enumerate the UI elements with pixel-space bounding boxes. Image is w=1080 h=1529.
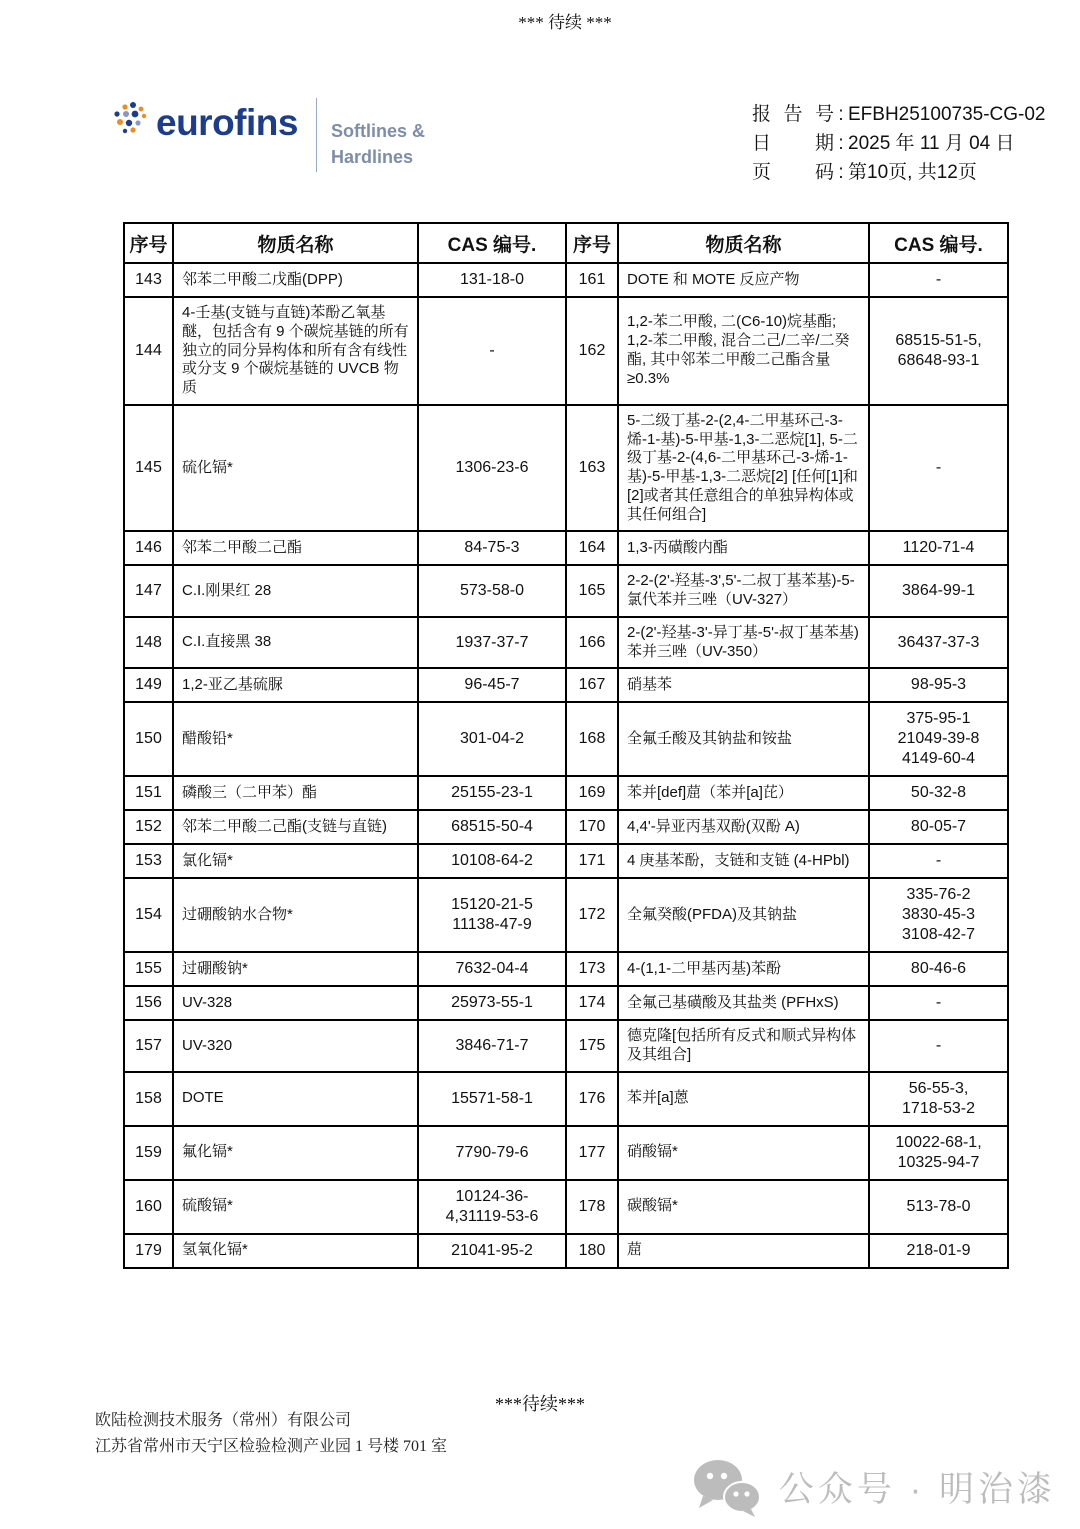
substance-name-cell: 邻苯二甲酸二己酯(支链与直链) — [173, 810, 418, 844]
serial-cell: 173 — [566, 952, 618, 986]
cas-number-cell: 7632-04-4 — [418, 952, 566, 986]
division-name: Softlines & Hardlines — [331, 118, 425, 170]
cas-number-cell: 3846-71-7 — [418, 1020, 566, 1072]
table-row: 153 氯化镉* 10108-64-2 171 4 庚基苯酚，支链和支链 (4-… — [124, 844, 1008, 878]
cas-number-cell: 131-18-0 — [418, 263, 566, 297]
table-row: 148 C.I.直接黑 38 1937-37-7 166 2-(2'-羟基-3'… — [124, 617, 1008, 669]
cas-number-cell: 10022-68-1, 10325-94-7 — [869, 1126, 1008, 1180]
cas-number-cell: 96-45-7 — [418, 668, 566, 702]
serial-cell: 161 — [566, 263, 618, 297]
table-row: 152 邻苯二甲酸二己酯(支链与直链) 68515-50-4 170 4,4'-… — [124, 810, 1008, 844]
substance-name-cell: 氟化镉* — [173, 1126, 418, 1180]
meta-colon: : — [834, 100, 848, 129]
table-row: 159 氟化镉* 7790-79-6 177 硝酸镉* 10022-68-1, … — [124, 1126, 1008, 1180]
wechat-icon — [691, 1456, 763, 1518]
report-date-value: 2025 年 11 月 04 日 — [848, 129, 1046, 158]
header-serial-right: 序号 — [566, 223, 618, 263]
cas-number-cell: - — [869, 405, 1008, 532]
substance-name-cell: 2-2-(2'-羟基-3',5'-二叔丁基苯基)-5-氯代苯并三唑（UV-327… — [618, 565, 869, 617]
cas-number-cell: 375-95-1 21049-39-8 4149-60-4 — [869, 702, 1008, 776]
substance-name-cell: UV-328 — [173, 986, 418, 1020]
cas-number-cell: 36437-37-3 — [869, 617, 1008, 669]
substance-name-cell: 苯并[a]蒽 — [618, 1072, 869, 1126]
serial-cell: 165 — [566, 565, 618, 617]
serial-cell: 146 — [124, 531, 173, 565]
substance-name-cell: 硫化镉* — [173, 405, 418, 532]
substance-name-cell: 5-二级丁基-2-(2,4-二甲基环己-3-烯-1-基)-5-甲基-1,3-二恶… — [618, 405, 869, 532]
header-serial-left: 序号 — [124, 223, 173, 263]
substance-name-cell: 碳酸镉* — [618, 1180, 869, 1234]
serial-cell: 179 — [124, 1234, 173, 1268]
substance-name-cell: 全氟壬酸及其钠盐和铵盐 — [618, 702, 869, 776]
serial-cell: 177 — [566, 1126, 618, 1180]
serial-cell: 149 — [124, 668, 173, 702]
table-row: 151 磷酸三（二甲苯）酯 25155-23-1 169 苯并[def]䓛（苯并… — [124, 776, 1008, 810]
serial-cell: 180 — [566, 1234, 618, 1268]
cas-number-cell: 1120-71-4 — [869, 531, 1008, 565]
cas-number-cell: 84-75-3 — [418, 531, 566, 565]
cas-number-cell: 15571-58-1 — [418, 1072, 566, 1126]
cas-number-cell: 573-58-0 — [418, 565, 566, 617]
serial-cell: 145 — [124, 405, 173, 532]
cas-number-cell: 80-05-7 — [869, 810, 1008, 844]
serial-cell: 151 — [124, 776, 173, 810]
continuation-note-1: *** 待续 *** — [123, 8, 1007, 33]
substance-name-cell: 苯并[def]䓛（苯并[a]芘） — [618, 776, 869, 810]
cas-number-cell: - — [869, 844, 1008, 878]
report-page: { "colon": ":", "logo": { "brand": "euro… — [0, 0, 1080, 1529]
cas-number-cell: 25155-23-1 — [418, 776, 566, 810]
report-date-row: 日期 : 2025 年 11 月 04 日 — [752, 129, 1046, 158]
cas-number-cell: 1937-37-7 — [418, 617, 566, 669]
substance-name-cell: 硝酸镉* — [618, 1126, 869, 1180]
report-meta: 报告号 : EFBH25100735-CG-02 日期 : 2025 年 11 … — [752, 100, 1046, 187]
substance-name-cell: C.I.直接黑 38 — [173, 617, 418, 669]
cas-number-cell: 15120-21-5 11138-47-9 — [418, 878, 566, 952]
substance-name-cell: DOTE — [173, 1072, 418, 1126]
substance-name-cell: 全氟己基磺酸及其盐类 (PFHxS) — [618, 986, 869, 1020]
table-row: 179 氢氧化镉* 21041-95-2 180 䓛 218-01-9 — [124, 1234, 1008, 1268]
header-cas-right: CAS 编号. — [869, 223, 1008, 263]
logo-divider — [316, 98, 317, 172]
table-header-row: 序号 物质名称 CAS 编号. 序号 物质名称 CAS 编号. — [124, 223, 1008, 263]
cas-number-cell: 80-46-6 — [869, 952, 1008, 986]
company-name: 欧陆检测技术服务（常州）有限公司 — [95, 1408, 447, 1434]
substance-name-cell: 氢氧化镉* — [173, 1234, 418, 1268]
cas-number-cell: - — [869, 986, 1008, 1020]
table-row: 160 硫酸镉* 10124-36- 4,31119-53-6 178 碳酸镉*… — [124, 1180, 1008, 1234]
cas-number-cell: 10108-64-2 — [418, 844, 566, 878]
substance-name-cell: 磷酸三（二甲苯）酯 — [173, 776, 418, 810]
substance-name-cell: 1,3-丙磺酸内酯 — [618, 531, 869, 565]
table-row: 146 邻苯二甲酸二己酯 84-75-3 164 1,3-丙磺酸内酯 1120-… — [124, 531, 1008, 565]
serial-cell: 154 — [124, 878, 173, 952]
serial-cell: 174 — [566, 986, 618, 1020]
table-row: 155 过硼酸钠* 7632-04-4 173 4-(1,1-二甲基丙基)苯酚 … — [124, 952, 1008, 986]
substance-table: 序号 物质名称 CAS 编号. 序号 物质名称 CAS 编号. 143 邻苯二甲… — [123, 222, 1009, 1269]
report-number-label: 报告号 — [752, 100, 834, 129]
report-date-label: 日期 — [752, 129, 834, 158]
cas-number-cell: 10124-36- 4,31119-53-6 — [418, 1180, 566, 1234]
serial-cell: 170 — [566, 810, 618, 844]
substance-name-cell: 邻苯二甲酸二己酯 — [173, 531, 418, 565]
substance-name-cell: 德克隆[包括所有反式和顺式异构体及其组合] — [618, 1020, 869, 1072]
cas-number-cell: 98-95-3 — [869, 668, 1008, 702]
cas-number-cell: 25973-55-1 — [418, 986, 566, 1020]
serial-cell: 168 — [566, 702, 618, 776]
wechat-watermark: 公众号 · 明治漆 — [691, 1456, 1056, 1518]
cas-number-cell: - — [869, 1020, 1008, 1072]
cas-number-cell: 301-04-2 — [418, 702, 566, 776]
substance-name-cell: C.I.刚果红 28 — [173, 565, 418, 617]
substance-name-cell: 4-(1,1-二甲基丙基)苯酚 — [618, 952, 869, 986]
serial-cell: 143 — [124, 263, 173, 297]
cas-number-cell: 3864-99-1 — [869, 565, 1008, 617]
serial-cell: 152 — [124, 810, 173, 844]
serial-cell: 171 — [566, 844, 618, 878]
cas-number-cell: 68515-51-5, 68648-93-1 — [869, 297, 1008, 405]
cas-number-cell: - — [418, 297, 566, 405]
substance-name-cell: 邻苯二甲酸二戊酯(DPP) — [173, 263, 418, 297]
substance-name-cell: DOTE 和 MOTE 反应产物 — [618, 263, 869, 297]
substance-table-wrap: 序号 物质名称 CAS 编号. 序号 物质名称 CAS 编号. 143 邻苯二甲… — [123, 222, 1007, 1269]
serial-cell: 148 — [124, 617, 173, 669]
cas-number-cell: 21041-95-2 — [418, 1234, 566, 1268]
table-row: 144 4-壬基(支链与直链)苯酚乙氧基醚，包括含有 9 个碳烷基链的所有独立的… — [124, 297, 1008, 405]
serial-cell: 164 — [566, 531, 618, 565]
report-number-row: 报告号 : EFBH25100735-CG-02 — [752, 100, 1046, 129]
table-row: 154 过硼酸钠水合物* 15120-21-5 11138-47-9 172 全… — [124, 878, 1008, 952]
table-row: 147 C.I.刚果红 28 573-58-0 165 2-2-(2'-羟基-3… — [124, 565, 1008, 617]
substance-name-cell: 硫酸镉* — [173, 1180, 418, 1234]
serial-cell: 155 — [124, 952, 173, 986]
cas-number-cell: 7790-79-6 — [418, 1126, 566, 1180]
substance-name-cell: 氯化镉* — [173, 844, 418, 878]
serial-cell: 163 — [566, 405, 618, 532]
substance-name-cell: 过硼酸钠水合物* — [173, 878, 418, 952]
substance-name-cell: 4 庚基苯酚，支链和支链 (4-HPbl) — [618, 844, 869, 878]
header-cas-left: CAS 编号. — [418, 223, 566, 263]
report-number-value: EFBH25100735-CG-02 — [848, 100, 1046, 129]
serial-cell: 150 — [124, 702, 173, 776]
serial-cell: 160 — [124, 1180, 173, 1234]
substance-name-cell: 2-(2'-羟基-3'-异丁基-5'-叔丁基苯基)苯并三唑（UV-350） — [618, 617, 869, 669]
serial-cell: 153 — [124, 844, 173, 878]
cas-number-cell: 56-55-3, 1718-53-2 — [869, 1072, 1008, 1126]
serial-cell: 175 — [566, 1020, 618, 1072]
header-substance-left: 物质名称 — [173, 223, 418, 263]
table-row: 156 UV-328 25973-55-1 174 全氟己基磺酸及其盐类 (PF… — [124, 986, 1008, 1020]
cas-number-cell: 1306-23-6 — [418, 405, 566, 532]
table-row: 158 DOTE 15571-58-1 176 苯并[a]蒽 56-55-3, … — [124, 1072, 1008, 1126]
meta-colon: : — [834, 129, 848, 158]
substance-name-cell: 1,2-亚乙基硫脲 — [173, 668, 418, 702]
cas-number-cell: 513-78-0 — [869, 1180, 1008, 1234]
substance-name-cell: 全氟癸酸(PFDA)及其钠盐 — [618, 878, 869, 952]
substance-name-cell: 过硼酸钠* — [173, 952, 418, 986]
report-page-row: 页码 : 第10页, 共12页 — [752, 158, 1046, 187]
header-substance-right: 物质名称 — [618, 223, 869, 263]
cas-number-cell: 50-32-8 — [869, 776, 1008, 810]
table-row: 149 1,2-亚乙基硫脲 96-45-7 167 硝基苯 98-95-3 — [124, 668, 1008, 702]
cas-number-cell: 335-76-2 3830-45-3 3108-42-7 — [869, 878, 1008, 952]
report-page-label: 页码 — [752, 158, 834, 187]
cas-number-cell: 218-01-9 — [869, 1234, 1008, 1268]
serial-cell: 147 — [124, 565, 173, 617]
serial-cell: 167 — [566, 668, 618, 702]
cas-number-cell: - — [869, 263, 1008, 297]
meta-colon: : — [834, 158, 848, 187]
substance-name-cell: 䓛 — [618, 1234, 869, 1268]
company-address: 江苏省常州市天宁区检验检测产业园 1 号楼 701 室 — [95, 1434, 447, 1460]
header-logo: eurofins Softlines & Hardlines — [112, 96, 425, 172]
serial-cell: 157 — [124, 1020, 173, 1072]
table-body: 143 邻苯二甲酸二戊酯(DPP) 131-18-0 161 DOTE 和 MO… — [124, 263, 1008, 1268]
table-row: 157 UV-320 3846-71-7 175 德克隆[包括所有反式和顺式异构… — [124, 1020, 1008, 1072]
serial-cell: 166 — [566, 617, 618, 669]
table-row: 145 硫化镉* 1306-23-6 163 5-二级丁基-2-(2,4-二甲基… — [124, 405, 1008, 532]
substance-name-cell: 1,2-苯二甲酸, 二(C6-10)烷基酯; 1,2-苯二甲酸, 混合二己/二辛… — [618, 297, 869, 405]
watermark-text: 公众号 · 明治漆 — [779, 1462, 1056, 1512]
serial-cell: 162 — [566, 297, 618, 405]
serial-cell: 172 — [566, 878, 618, 952]
serial-cell: 144 — [124, 297, 173, 405]
serial-cell: 158 — [124, 1072, 173, 1126]
serial-cell: 159 — [124, 1126, 173, 1180]
substance-name-cell: 4,4'-异亚丙基双酚(双酚 A) — [618, 810, 869, 844]
report-page-value: 第10页, 共12页 — [848, 158, 1046, 187]
table-row: 143 邻苯二甲酸二戊酯(DPP) 131-18-0 161 DOTE 和 MO… — [124, 263, 1008, 297]
serial-cell: 156 — [124, 986, 173, 1020]
table-row: 150 醋酸铅* 301-04-2 168 全氟壬酸及其钠盐和铵盐 375-95… — [124, 702, 1008, 776]
eurofins-logo-icon — [112, 102, 150, 142]
substance-name-cell: UV-320 — [173, 1020, 418, 1072]
cas-number-cell: 68515-50-4 — [418, 810, 566, 844]
serial-cell: 169 — [566, 776, 618, 810]
serial-cell: 178 — [566, 1180, 618, 1234]
substance-name-cell: 硝基苯 — [618, 668, 869, 702]
page-footer: 欧陆检测技术服务（常州）有限公司 江苏省常州市天宁区检验检测产业园 1 号楼 7… — [95, 1408, 447, 1459]
serial-cell: 176 — [566, 1072, 618, 1126]
brand-name: eurofins — [156, 104, 298, 141]
substance-name-cell: 4-壬基(支链与直链)苯酚乙氧基醚，包括含有 9 个碳烷基链的所有独立的同分异构… — [173, 297, 418, 405]
substance-name-cell: 醋酸铅* — [173, 702, 418, 776]
